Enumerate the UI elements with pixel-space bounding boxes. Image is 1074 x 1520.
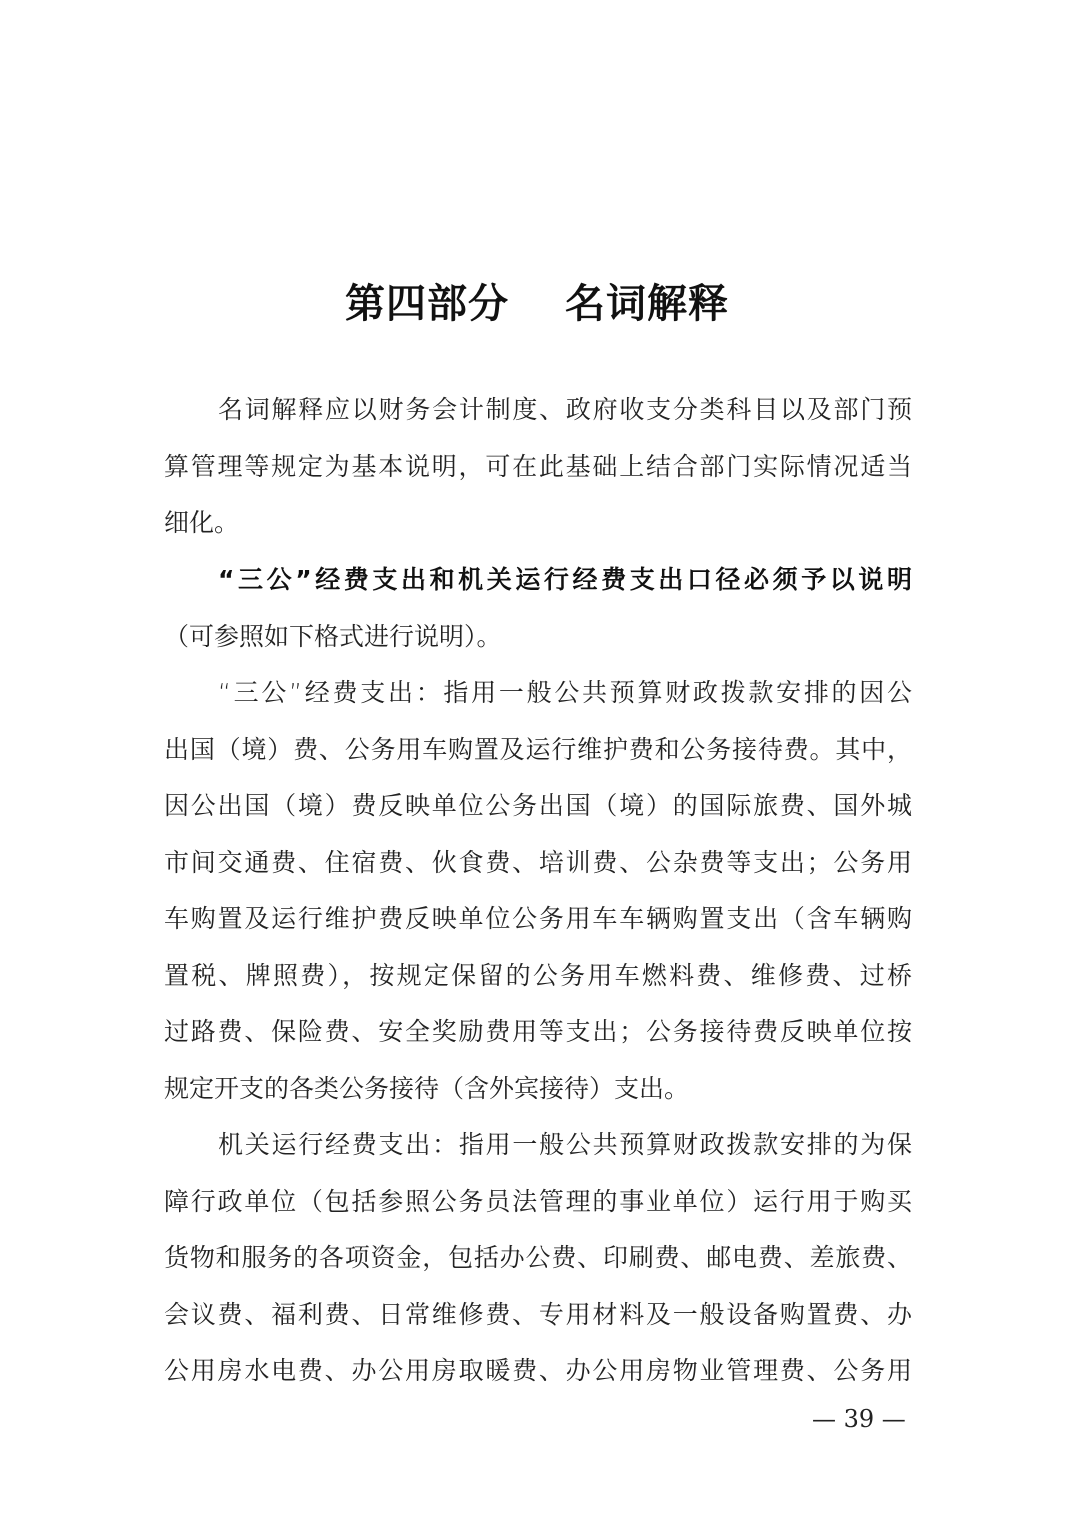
paragraph-sangong-line-2: 出国（境）费、公务用车购置及运行维护费和公务接待费。其中，: [164, 733, 912, 767]
paragraph-sangong-line-8: 规定开支的各类公务接待（含外宾接待）支出。: [164, 1072, 912, 1106]
paragraph-jiguan-line-2: 障行政单位（包括参照公务员法管理的事业单位）运行用于购买: [164, 1185, 912, 1219]
paragraph-intro-line-2: 算管理等规定为基本说明，可在此基础上结合部门实际情况适当: [164, 450, 912, 484]
page-title: 第四部分 名词解释: [0, 272, 1074, 329]
paragraph-jiguan-line-1: 机关运行经费支出：指用一般公共预算财政拨款安排的为保: [218, 1128, 912, 1162]
paragraph-jiguan-line-3: 货物和服务的各项资金，包括办公费、印刷费、邮电费、差旅费、: [164, 1241, 912, 1275]
paragraph-note-line-1: “三公”经费支出和机关运行经费支出口径必须予以说明: [218, 563, 912, 597]
paragraph-sangong-line-5: 车购置及运行维护费反映单位公务用车车辆购置支出（含车辆购: [164, 902, 912, 936]
paragraph-sangong-line-1: “三公”经费支出：指用一般公共预算财政拨款安排的因公: [218, 676, 912, 710]
paragraph-note-line-2: （可参照如下格式进行说明）。: [164, 620, 912, 654]
paragraph-sangong-line-4: 市间交通费、住宿费、伙食费、培训费、公杂费等支出；公务用: [164, 846, 912, 880]
page-number: — 39 —: [812, 1405, 906, 1433]
paragraph-sangong-line-3: 因公出国（境）费反映单位公务出国（境）的国际旅费、国外城: [164, 789, 912, 823]
paragraph-intro-line-1: 名词解释应以财务会计制度、政府收支分类科目以及部门预: [218, 393, 912, 427]
paragraph-sangong-line-7: 过路费、保险费、安全奖励费用等支出；公务接待费反映单位按: [164, 1015, 912, 1049]
paragraph-jiguan-line-4: 会议费、福利费、日常维修费、专用材料及一般设备购置费、办: [164, 1298, 912, 1332]
paragraph-jiguan-line-5: 公用房水电费、办公用房取暖费、办公用房物业管理费、公务用: [164, 1354, 912, 1388]
document-page: 第四部分 名词解释 名词解释应以财务会计制度、政府收支分类科目以及部门预 算管理…: [0, 0, 1074, 1520]
paragraph-sangong-line-6: 置税、牌照费），按规定保留的公务用车燃料费、维修费、过桥: [164, 959, 912, 993]
paragraph-intro-line-3: 细化。: [164, 506, 912, 540]
